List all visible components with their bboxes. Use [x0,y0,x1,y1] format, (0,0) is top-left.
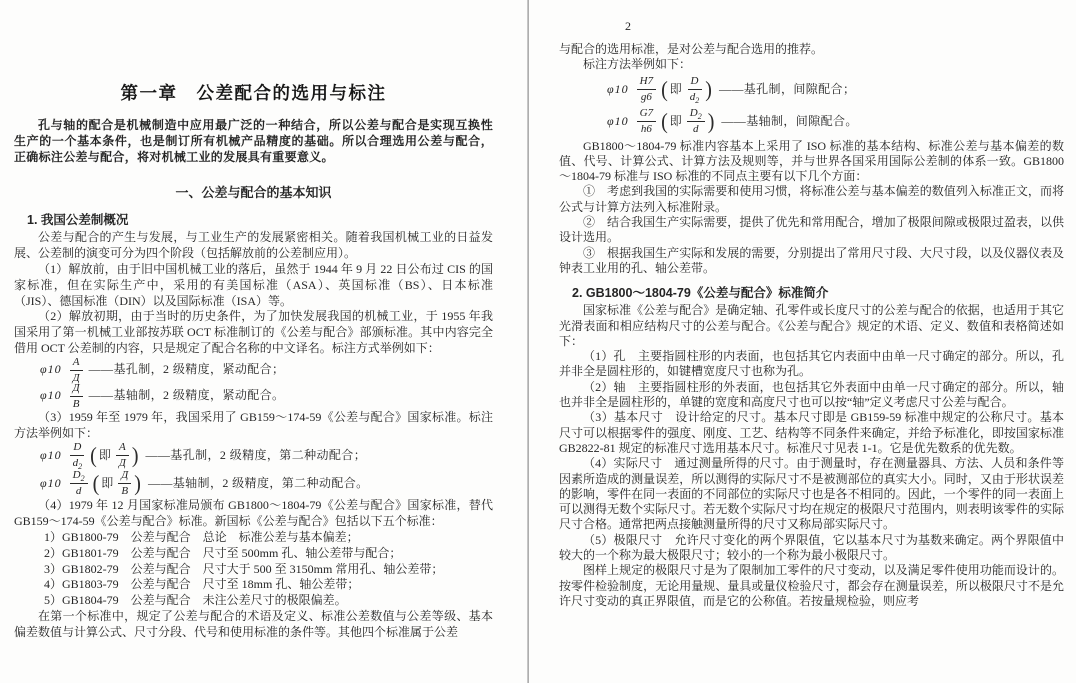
formula-label: ——基孔制，间隙配合； [719,82,855,97]
fraction-denominator: d [73,484,85,497]
paragraph: （4）实际尺寸 通过测量所得的尺寸。由于测量时，存在测量器具、方法、人员和条件等… [559,456,1064,532]
chapter-title: 第一章 公差配合的选用与标注 [14,82,493,104]
standard-list-item: 5）GB1804-79 公差与配合 未注公差尺寸的极限偏差。 [14,593,493,609]
fit-formula: φ10G7h6即D2d——基轴制，间隙配合。 [559,107,1064,137]
paragraph: （2）轴 主要指圆柱形的外表面，也包括其它外表面中由单一尺寸确定的部分。所以，轴… [559,380,1064,411]
fit-formula: φ10ДB——基轴制，2 级精度，紧动配合。 [14,384,493,409]
equivalence-paren-group: 即Dd2 [660,76,713,103]
fraction-denominator: Д [116,456,129,469]
equivalence-word: 即 [99,448,111,464]
fraction-denominator: B [70,397,83,410]
fraction-numerator: D [688,76,702,90]
paragraph: （4）1979 年 12 月国家标准局颁布 GB1800～1804-79《公差与… [14,498,493,530]
paragraph: （3）基本尺寸 设计给定的尺寸。基本尺寸即是 GB159-59 标准中规定的公称… [559,410,1064,456]
intro-paragraph: 孔与轴的配合是机械制造中应用最广泛的一种结合，所以公差与配合是实现互换性生产的一… [14,118,493,165]
fraction: Dd2 [687,76,703,103]
section-heading: 一、公差与配合的基本知识 [14,183,493,203]
standard-list-item: 4）GB1803-79 公差与配合 尺寸至 18mm 孔、轴公差带； [14,577,493,593]
subsection-heading: 1. 我国公差制概况 [14,212,493,228]
paragraph: （2）解放初期，由于当时的历史条件，为了加快发展我国的机械工业，于 1955 年… [14,309,493,356]
equivalence-word: 即 [101,476,113,492]
standard-list-item: 1）GB1800-79 公差与配合 总论 标准公差与基本偏差； [14,530,493,546]
page-gutter-line [527,0,529,683]
paragraph: ① 考虑到我国的实际需要和使用习惯，将标准公差与基本偏差的数值列入标准正文，而将… [559,184,1064,215]
fraction: AД [116,442,129,469]
scanned-book-spread: { "document": { "left_page": { "blocks":… [0,0,1076,683]
paragraph: 图样上规定的极限尺寸是为了限制加工零件的尺寸变动，以及满足零件使用功能而设计的。… [559,563,1064,609]
left-page-content: 第一章 公差配合的选用与标注孔与轴的配合是机械制造中应用最广泛的一种结合，所以公… [14,82,493,641]
paragraph: ② 结合我国生产实际需要，提供了优先和常用配合，增加了极限间隙或极限过盈表，以供… [559,215,1064,246]
formula-prefix: φ10 [40,476,62,492]
fraction-denominator: g6 [638,90,655,103]
fit-formula: φ10H7g6即Dd2——基孔制，间隙配合； [559,75,1064,105]
formula-prefix: φ10 [40,362,62,378]
fit-formula: φ10AД——基孔制，2 级精度，紧动配合； [14,358,493,383]
fraction: ДB [118,470,131,497]
fit-formula: φ10Dd2即AД——基孔制，2 级精度，第二种动配合； [14,442,493,469]
fraction: D2d [687,108,705,135]
fraction-denominator: d2 [687,90,703,103]
formula-label: ——基轴制，间隙配合。 [721,114,857,129]
fraction-numerator: A [70,357,83,371]
paragraph: 在第一个标准中，规定了公差与配合的术语及定义、标准公差数值与公差等级、基本偏差数… [14,609,493,641]
formula-prefix: φ10 [607,114,629,129]
fraction: D2d [70,470,88,497]
left-page: 第一章 公差配合的选用与标注孔与轴的配合是机械制造中应用最广泛的一种结合，所以公… [14,0,493,683]
numerator-text: A [73,356,80,368]
page-number: 2 [625,19,1064,33]
denominator-text: h6 [641,123,652,135]
numerator-text: D [73,469,81,481]
formula-label: ——基孔制，2 级精度，紧动配合； [89,362,285,378]
denominator-text: g6 [641,91,652,103]
fraction: H7g6 [637,76,656,103]
fraction-numerator: D2 [687,108,705,122]
fraction-numerator: A [116,442,129,456]
formula-prefix: φ10 [40,448,62,464]
paragraph: GB1800～1804-79 标准内容基本上采用了 ISO 标准的基本结构、标准… [559,139,1064,185]
numerator-text: G7 [640,107,653,119]
numerator-text: D [73,441,81,453]
fraction-denominator: h6 [638,122,655,135]
paragraph: （3）1959 年至 1979 年，我国采用了 GB159～174-59《公差与… [14,410,493,442]
formula-label: ——基轴制，2 级精度，第二种动配合。 [148,476,369,492]
standard-list-item: 3）GB1802-79 公差与配合 尺寸大于 500 至 3150mm 常用孔、… [14,562,493,578]
numerator-text: Д [73,382,80,394]
denominator-text: d [76,485,82,497]
fraction: G7h6 [637,108,656,135]
fraction: Dd2 [70,442,86,469]
numerator-text: A [119,441,126,453]
subsection-heading: 2. GB1800～1804-79《公差与配合》标准简介 [559,285,1064,301]
denominator-subscript: 2 [695,96,699,105]
numerator-text: Д [121,469,128,481]
denominator-text: B [73,398,80,410]
equivalence-paren-group: 即D2d [660,108,715,135]
paragraph: 国家标准《公差与配合》是确定轴、孔零件或长度尺寸的公差与配合的依据，也适用于其它… [559,303,1064,349]
numerator-text: D [690,107,698,119]
fraction-numerator: Д [118,470,131,484]
numerator-text: D [691,75,699,87]
fraction-numerator: D [70,442,84,456]
fraction-denominator: B [118,484,131,497]
numerator-text: H7 [640,75,653,87]
fraction: AД [70,357,83,384]
paragraph: （1）解放前，由于旧中国机械工业的落后，虽然于 1944 年 9 月 22 日公… [14,262,493,309]
fraction-denominator: d [690,122,702,135]
denominator-text: B [121,485,128,497]
fit-formula: φ10D2d即ДB——基轴制，2 级精度，第二种动配合。 [14,470,493,497]
fraction-denominator: d2 [70,456,86,469]
right-page-content: 与配合的选用标准，是对公差与配合选用的推荐。标注方法举例如下：φ10H7g6即D… [559,42,1064,609]
paragraph: （5）极限尺寸 允许尺寸变化的两个界限值，它以基本尺寸为基数来确定。两个界限值中… [559,533,1064,564]
fraction-numerator: D2 [70,470,88,484]
denominator-text: d [693,123,699,135]
fraction-numerator: H7 [637,76,656,90]
fraction-numerator: Д [70,383,83,397]
equivalence-paren-group: 即ДB [92,470,142,497]
denominator-text: Д [119,457,126,469]
paragraph: ③ 根据我国生产实际和发展的需要，分别提出了常用尺寸段、大尺寸段，以及仪器仪表及… [559,246,1064,277]
fraction-numerator: G7 [637,108,656,122]
equivalence-paren-group: 即AД [89,442,139,469]
formula-label: ——基孔制，2 级精度，第二种动配合； [146,448,367,464]
right-page: 2 与配合的选用标准，是对公差与配合选用的推荐。标注方法举例如下：φ10H7g6… [559,0,1064,683]
fraction: ДB [70,383,83,410]
equivalence-word: 即 [670,114,682,129]
standard-list-item: 2）GB1801-79 公差与配合 尺寸至 500mm 孔、轴公差带与配合； [14,546,493,562]
formula-label: ——基轴制，2 级精度，紧动配合。 [89,388,285,404]
paragraph: 标注方法举例如下： [559,57,1064,72]
equivalence-word: 即 [670,82,682,97]
paragraph-continuation: 与配合的选用标准，是对公差与配合选用的推荐。 [559,42,1064,57]
formula-prefix: φ10 [607,82,629,97]
paragraph: （1）孔 主要指圆柱形的内表面，也包括其它内表面中由单一尺寸确定的部分。所以，孔… [559,349,1064,380]
numerator-subscript: 2 [81,475,85,484]
numerator-subscript: 2 [698,112,702,121]
paragraph: 公差与配合的产生与发展，与工业生产的发展紧密相关。随着我国机械工业的日益发展、公… [14,230,493,262]
formula-prefix: φ10 [40,388,62,404]
